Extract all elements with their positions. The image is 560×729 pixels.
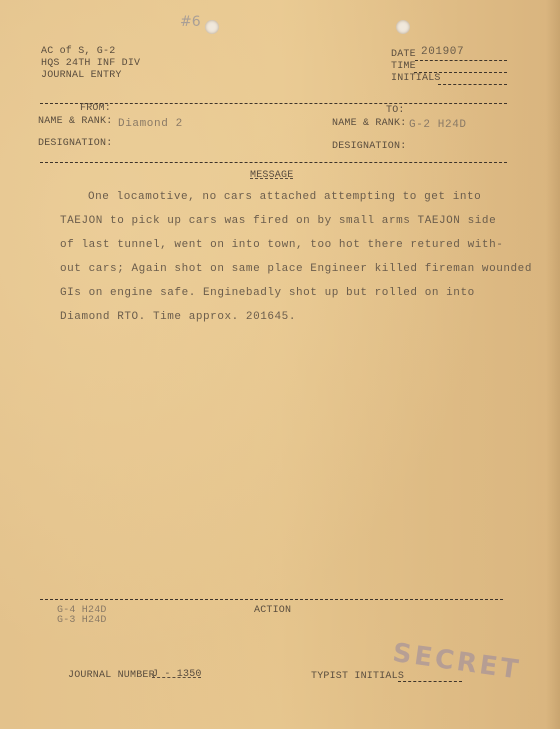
initials-label: INITIALS	[391, 73, 441, 84]
journal-number-label: JOURNAL NUMBER	[68, 670, 155, 681]
message-line-4: out cars; Again shot on same place Engin…	[60, 263, 532, 275]
office-line-2: HQS 24TH INF DIV	[41, 58, 140, 69]
pencil-mark: #6	[180, 14, 201, 30]
journal-number-value: J - 1350	[152, 669, 202, 680]
message-line-3: of last tunnel, went on into town, too h…	[60, 239, 503, 251]
from-name-rank-label: NAME & RANK:	[38, 116, 112, 127]
from-name-rank-value: Diamond 2	[118, 118, 183, 130]
date-label: DATE	[391, 49, 416, 60]
date-value: 201907	[421, 46, 464, 58]
date-underline	[415, 60, 507, 61]
page-edge-shadow	[546, 0, 560, 729]
message-line-6: Diamond RTO. Time approx. 201645.	[60, 311, 296, 323]
distribution-line-2: G-3 H24D	[57, 615, 107, 626]
rule-bottom	[40, 599, 503, 600]
to-heading: TO:	[386, 105, 405, 116]
time-label: TIME	[391, 61, 416, 72]
punch-hole-left	[205, 20, 219, 34]
from-designation-label: DESIGNATION:	[38, 138, 112, 149]
message-line-1: One locamotive, no cars attached attempt…	[88, 191, 481, 203]
office-line-1: AC of S, G-2	[41, 46, 115, 57]
action-label: ACTION	[254, 605, 291, 616]
rule-middle	[40, 162, 507, 163]
punch-hole-right	[396, 20, 410, 34]
to-designation-label: DESIGNATION:	[332, 141, 406, 152]
to-name-rank-value: G-2 H24D	[409, 119, 467, 131]
from-heading: FROM:	[80, 103, 111, 114]
office-line-3: JOURNAL ENTRY	[41, 70, 122, 81]
to-name-rank-label: NAME & RANK:	[332, 118, 406, 129]
typist-initials-underline	[398, 681, 462, 682]
typist-initials-label: TYPIST INITIALS	[311, 671, 404, 682]
message-heading: MESSAGE	[250, 170, 293, 181]
message-line-2: TAEJON to pick up cars was fired on by s…	[60, 215, 496, 227]
initials-underline	[438, 84, 507, 85]
message-line-5: GIs on engine safe. Enginebadly shot up …	[60, 287, 475, 299]
